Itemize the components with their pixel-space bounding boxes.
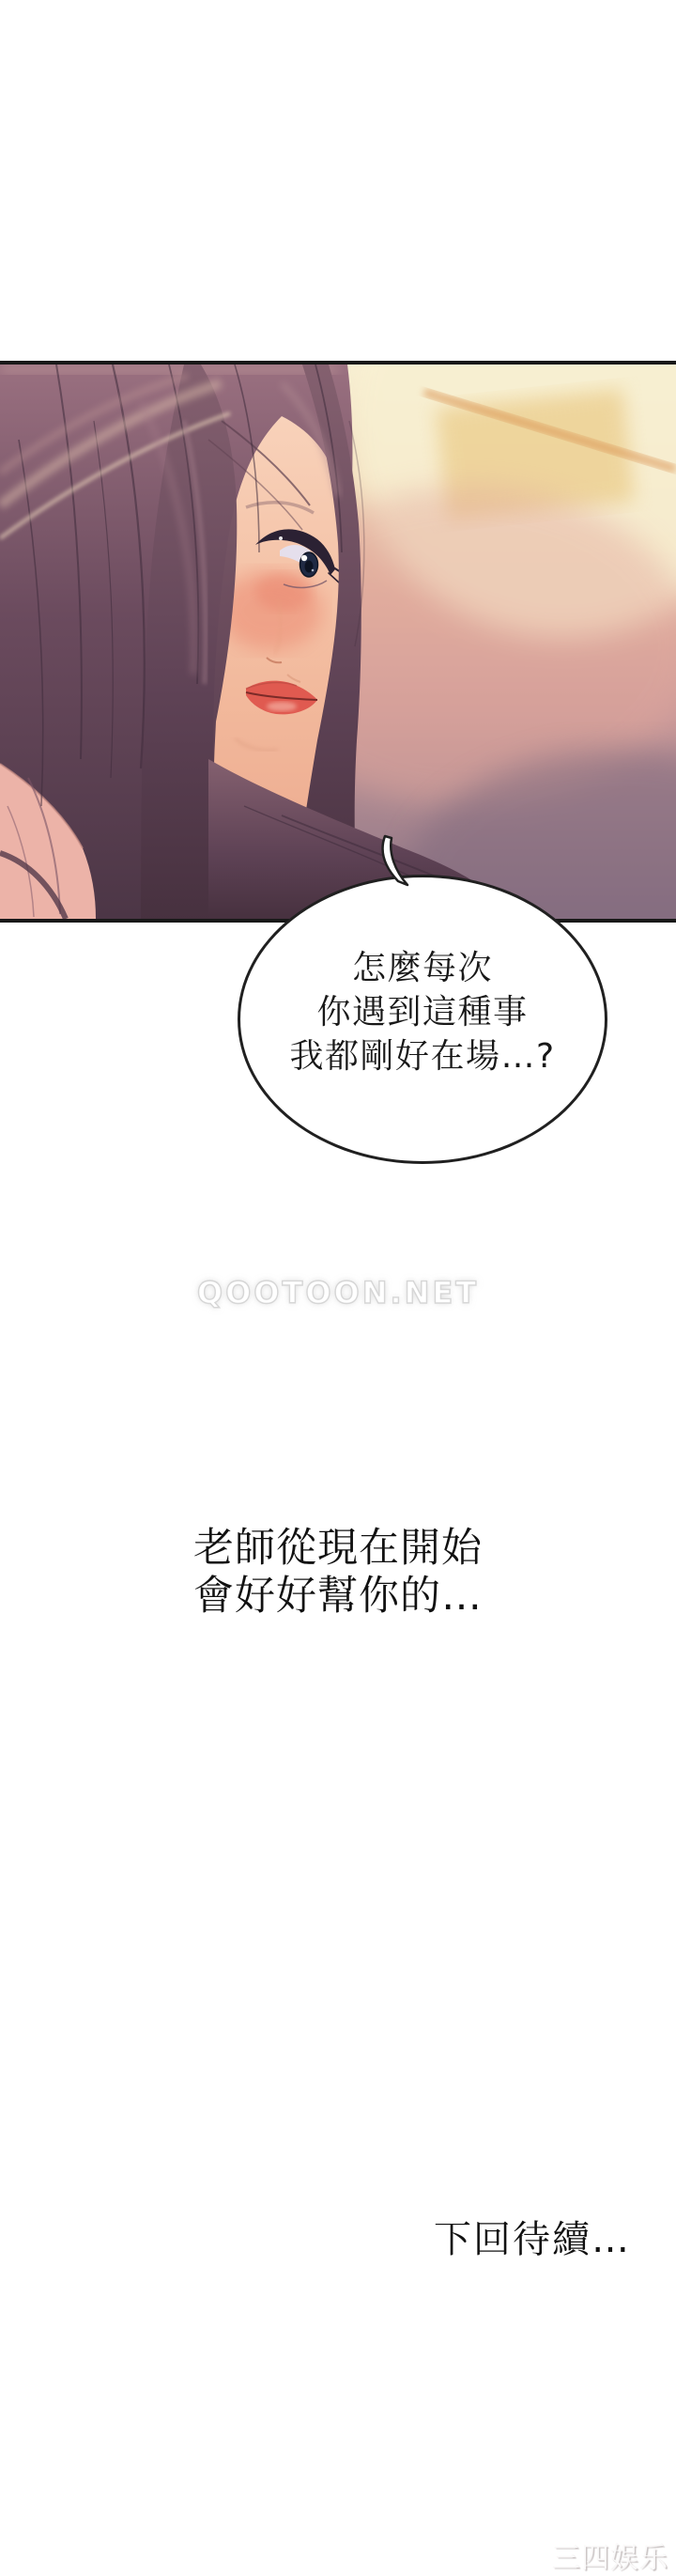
speech-line-2: 你遇到這種事 bbox=[289, 990, 555, 1034]
illustration-woman-profile bbox=[0, 365, 676, 919]
comic-panel bbox=[0, 361, 676, 923]
narration-line-1: 老師從現在開始 bbox=[0, 1525, 676, 1573]
speech-line-1: 怎麼每次 bbox=[289, 946, 555, 990]
speech-bubble: 怎麼每次 你遇到這種事 我都剛好在場…? bbox=[238, 875, 607, 1164]
speech-line-3: 我都剛好在場…? bbox=[289, 1034, 555, 1079]
narration-line-2: 會好好幫你的… bbox=[0, 1573, 676, 1621]
watermark-qootoon: QOOTOON.NET bbox=[0, 1275, 676, 1311]
to-be-continued-text: 下回待續… bbox=[434, 2210, 631, 2263]
speech-bubble-tail bbox=[372, 832, 417, 887]
speech-bubble-text: 怎麼每次 你遇到這種事 我都剛好在場…? bbox=[289, 946, 555, 1079]
narration-text: 老師從現在開始 會好好幫你的… bbox=[0, 1525, 676, 1621]
watermark-sansi-yule: 三四娱乐 bbox=[552, 2535, 668, 2576]
webtoon-page: 怎麼每次 你遇到這種事 我都剛好在場…? QOOTOON.NET 老師從現在開始… bbox=[0, 0, 676, 2576]
